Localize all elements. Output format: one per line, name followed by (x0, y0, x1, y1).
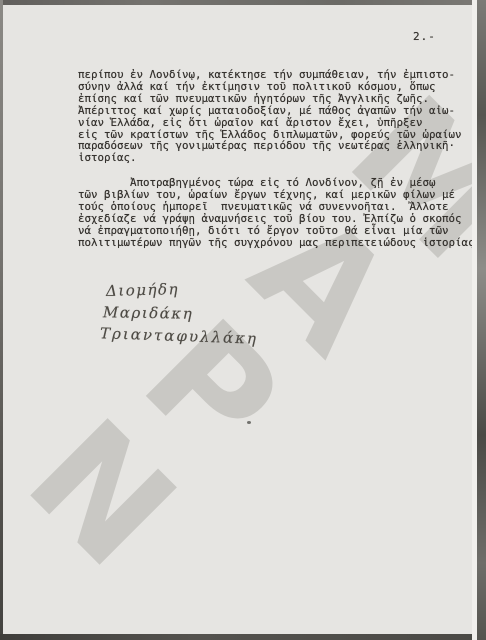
handwritten-name-3: Τριανταφυλλάκη (100, 326, 258, 347)
scan-edge-left (0, 0, 3, 640)
scan-edge-right (477, 0, 486, 640)
scanned-document-page: Μ Α Ρ Ν 2.- περίπου ἐν Λονδίνῳ, κατέκτησ… (0, 0, 486, 640)
paragraph-1: περίπου ἐν Λονδίνῳ, κατέκτησε τήν συμπάθ… (78, 69, 486, 164)
typed-text-block: περίπου ἐν Λονδίνῳ, κατέκτησε τήν συμπάθ… (78, 69, 486, 249)
handwritten-name-1: Διομήδη (106, 282, 179, 299)
ink-speck (247, 421, 251, 424)
scan-edge-bottom (0, 634, 486, 640)
handwritten-name-2: Μαριδάκη (103, 305, 193, 322)
page-number: 2.- (413, 30, 436, 43)
scan-edge-top (0, 0, 486, 5)
paragraph-2: Ἀποτραβηγμένος τώρα εἰς τό Λονδίνον, ζῇ … (78, 177, 486, 248)
